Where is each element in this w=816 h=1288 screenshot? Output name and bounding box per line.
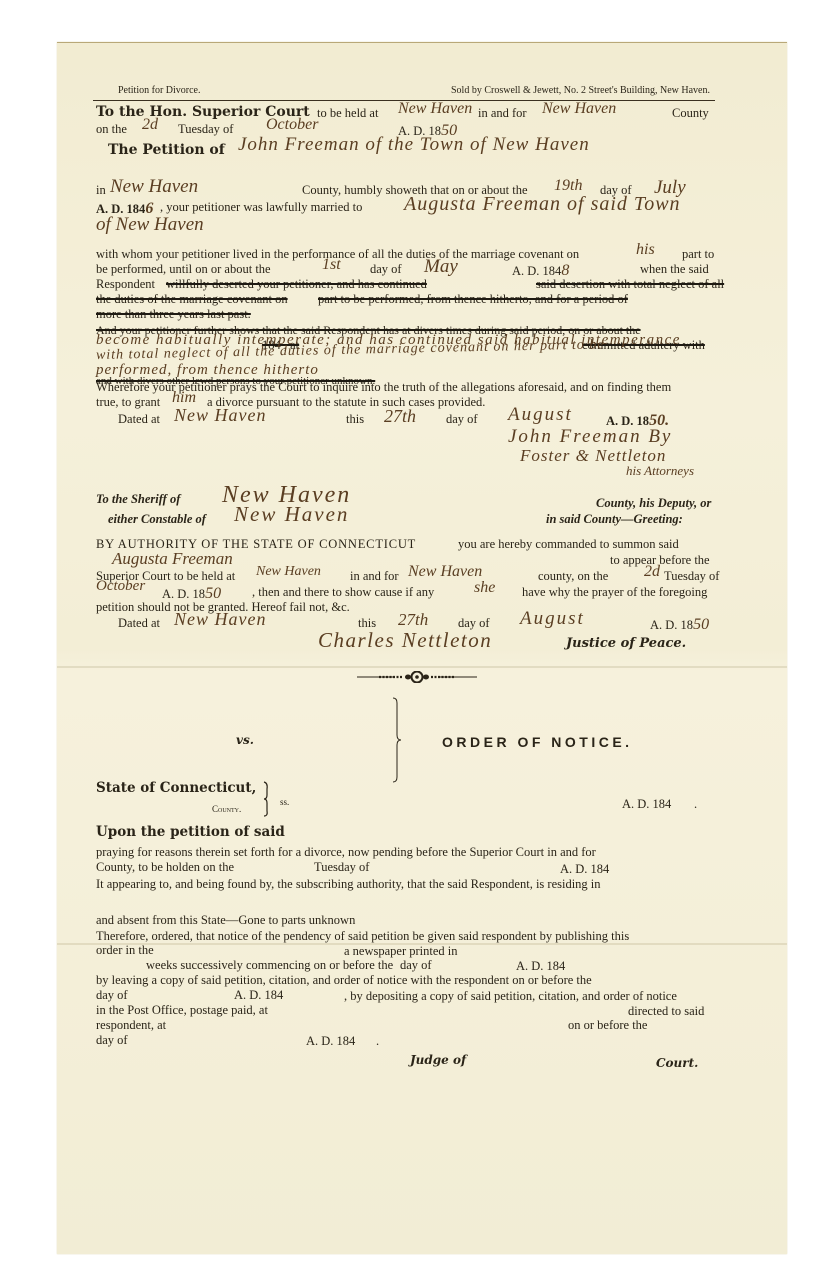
order-line: It appearing to, and being found by, the…: [96, 877, 601, 892]
order-line: Tuesday of: [314, 860, 369, 875]
petition-of-label: The Petition of: [108, 142, 225, 158]
ss-label: ss.: [280, 797, 289, 807]
label: A. D. 1850: [650, 616, 709, 634]
label: County, his Deputy, or: [596, 496, 711, 511]
dated-day-value: 27th: [384, 406, 416, 427]
held-at-value: New Haven: [398, 100, 472, 118]
county-label: County.: [212, 804, 241, 814]
order-line: A. D. 184: [516, 959, 565, 974]
order-line: order in the: [96, 943, 154, 958]
held-at-value: New Haven: [256, 564, 321, 580]
brace: [262, 781, 272, 817]
label: day of: [370, 262, 402, 277]
label: county, on the: [538, 569, 608, 584]
struck-text: more than three years last past.: [96, 307, 251, 322]
order-line: Therefore, ordered, that notice of the p…: [96, 929, 629, 944]
label: have why the prayer of the foregoing: [522, 585, 707, 600]
tuesday-ordinal: 2d: [644, 563, 660, 581]
label: To the Sheriff of: [96, 492, 180, 507]
ornament-divider: [357, 670, 477, 682]
printer-credit: Sold by Croswell & Jewett, No. 2 Street'…: [350, 85, 710, 96]
tuesday-ordinal: 2d: [142, 116, 158, 134]
label: in and for: [478, 106, 527, 121]
judge-label: Judge of: [410, 1053, 466, 1067]
brace-icon: [262, 781, 272, 817]
until-month-value: May: [424, 256, 458, 278]
month-value: October: [266, 116, 318, 134]
order-line: A. D. 184: [306, 1034, 355, 1049]
in-value: New Haven: [110, 176, 198, 198]
label: Tuesday of: [664, 569, 719, 584]
label: Tuesday of: [178, 122, 233, 137]
petitioner-signature: John Freeman By: [508, 426, 672, 448]
county-value: New Haven: [542, 100, 616, 118]
order-line: directed to said: [628, 1004, 704, 1019]
struck-text: said desertion with total neglect of all: [536, 277, 724, 292]
ornament-icon: [357, 671, 477, 683]
label: , your petitioner was lawfully married t…: [160, 200, 362, 215]
constable-value: New Haven: [234, 502, 349, 527]
order-title: ORDER OF NOTICE.: [442, 734, 633, 750]
dated-day-value: 27th: [398, 610, 428, 630]
label: true, to grant: [96, 395, 160, 410]
court-label: Court.: [656, 1056, 698, 1070]
order-line: by leaving a copy of said petition, cita…: [96, 973, 592, 988]
order-line: , by depositing a copy of said petition,…: [344, 989, 677, 1004]
she-value: she: [474, 579, 495, 597]
label: part to: [682, 247, 714, 262]
period: .: [694, 797, 697, 812]
order-line: .: [376, 1034, 379, 1049]
label: Dated at: [118, 412, 160, 427]
label: this: [346, 412, 364, 427]
label: either Constable of: [108, 512, 206, 527]
label: , then and there to show cause if any: [252, 585, 434, 600]
dated-month-value: August: [520, 608, 585, 630]
greeting: in said County—Greeting:: [546, 512, 683, 527]
order-line: day of: [400, 958, 432, 973]
dated-month-value: August: [508, 404, 573, 426]
label: to be held at: [317, 106, 378, 121]
order-line: on or before the: [568, 1018, 647, 1033]
order-line: in the Post Office, postage paid, at: [96, 1003, 268, 1018]
label: when the said: [640, 262, 709, 277]
order-line: respondent, at: [96, 1018, 166, 1033]
label: be performed, until on or about the: [96, 262, 271, 277]
order-line: praying for reasons therein set forth fo…: [96, 845, 596, 860]
justice-title: Justice of Peace.: [566, 636, 686, 651]
label: day of: [446, 412, 478, 427]
order-line: day of: [96, 1033, 128, 1048]
struck-text: the duties of the marriage covenant on: [96, 292, 288, 307]
order-line: County, to be holden on the: [96, 860, 234, 875]
order-line: and absent from this State—Gone to parts…: [96, 913, 355, 928]
ad-label: A. D. 18: [650, 618, 693, 632]
county-value: New Haven: [408, 563, 482, 581]
upon-label: Upon the petition of said: [96, 824, 285, 840]
summon-value: Augusta Freeman: [112, 549, 233, 569]
dated-at-value: New Haven: [174, 609, 266, 630]
form-title: Petition for Divorce.: [118, 85, 200, 96]
spouse-value-cont: of New Haven: [96, 214, 204, 236]
label: in and for: [350, 569, 399, 584]
ad-year: 50: [693, 616, 709, 633]
label: in: [96, 183, 106, 198]
attorney-title: his Attorneys: [626, 463, 694, 479]
order-line: A. D. 184: [560, 862, 609, 877]
label: County: [672, 106, 709, 121]
label: on the: [96, 122, 127, 137]
struck-text: willfully deserted your petitioner, and …: [166, 277, 427, 292]
order-line: a newspaper printed in: [344, 944, 458, 959]
ad-label: A. D. 18: [162, 587, 205, 601]
spouse-value: Augusta Freeman of said Town: [404, 193, 681, 216]
state-label: State of Connecticut,: [96, 780, 256, 796]
fold-crease: [57, 666, 787, 668]
label: Dated at: [118, 616, 160, 631]
petitioner-value: John Freeman of the Town of New Haven: [238, 134, 590, 156]
vs-label: vs.: [236, 733, 254, 747]
order-line: A. D. 184: [234, 988, 283, 1003]
ad-label: A. D. 184: [512, 264, 561, 278]
order-line: weeks successively commencing on or befo…: [146, 958, 393, 973]
struck-text: part to be performed, from thence hither…: [318, 292, 628, 307]
order-ad: A. D. 184: [622, 797, 671, 812]
until-day-value: 1st: [322, 256, 341, 274]
order-line: day of: [96, 988, 128, 1003]
month-value: October: [96, 578, 145, 595]
dated-at-value: New Haven: [174, 405, 266, 426]
brace: [392, 697, 402, 783]
label: you are hereby commanded to summon said: [458, 537, 679, 552]
label: Respondent: [96, 277, 155, 292]
brace-icon: [392, 697, 402, 783]
his-value: his: [636, 241, 655, 259]
justice-signature: Charles Nettleton: [318, 628, 492, 653]
